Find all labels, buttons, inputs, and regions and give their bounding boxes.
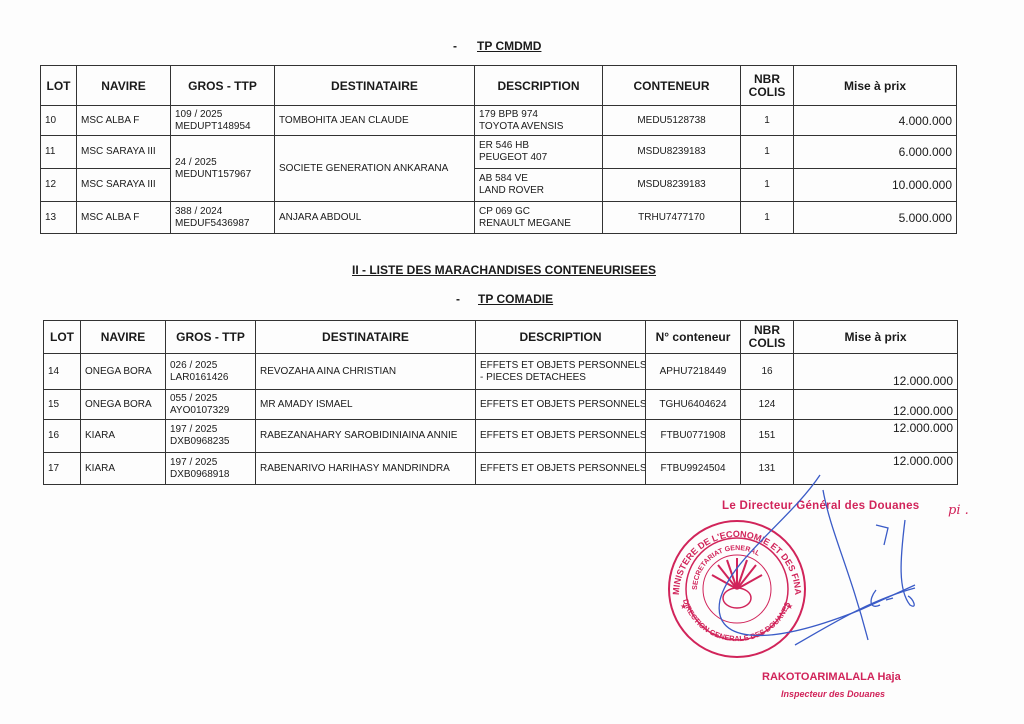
svg-text:★: ★ — [786, 602, 793, 611]
official-stamp-icon: MINISTERE DE L'ECONOMIE ET DES FINANCES … — [0, 0, 805, 657]
signatory-name: RAKOTOARIMALALA Haja — [762, 671, 901, 683]
handwritten-signature-icon — [719, 475, 915, 645]
stamp-and-signature: MINISTERE DE L'ECONOMIE ET DES FINANCES … — [0, 0, 1024, 724]
signatory-role: Inspecteur des Douanes — [781, 689, 885, 699]
svg-text:MINISTERE DE L'ECONOMIE ET DES: MINISTERE DE L'ECONOMIE ET DES FINANCES — [0, 0, 803, 596]
svg-text:★: ★ — [680, 602, 687, 611]
svg-text:DIRECTION GENERALE DES DOUANES: DIRECTION GENERALE DES DOUANES — [681, 598, 792, 643]
